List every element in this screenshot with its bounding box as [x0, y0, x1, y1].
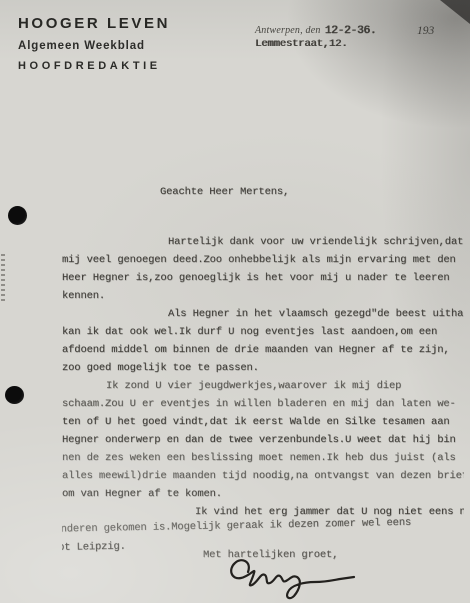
scanned-letter-page: HOOGER LEVEN Algemeen Weekblad HOOFDREDA… — [0, 0, 470, 603]
body-line: alles meewil)drie maanden tijd noodig,na… — [62, 470, 464, 488]
salutation: Geachte Heer Mertens, — [160, 186, 289, 198]
letterhead-subtitle: Algemeen Weekblad — [18, 40, 170, 52]
hole-punch-mark-bottom — [5, 386, 24, 404]
letterhead-department: HOOFDREDAKTIE — [18, 60, 170, 72]
body-line: Hartelijk dank voor uw vriendelijk schri… — [62, 236, 464, 254]
margin-annotation-mark — [1, 254, 5, 304]
body-line: mij veel genoegen deed.Zoo onhebbelijk a… — [62, 254, 464, 272]
body-line: schaam.Zou U er eventjes in willen blade… — [62, 398, 464, 416]
body-line: afdoend middel om binnen de drie maanden… — [62, 344, 464, 362]
typed-date: 12-2-36. — [325, 25, 377, 37]
body-line: zoo goed mogelijk toe te passen. — [62, 362, 464, 380]
body-line: Ik zond U vier jeugdwerkjes,waarover ik … — [62, 380, 464, 398]
body-line: kan ik dat ook wel.Ik durf U nog eventje… — [62, 326, 464, 344]
body-line: ten of U het goed vindt,dat ik eerst Wal… — [62, 416, 464, 434]
scan-corner-shadow — [440, 0, 470, 24]
body-line: kennen. — [62, 290, 464, 308]
page-number: 193 — [417, 25, 434, 37]
letter-body: Hartelijk dank voor uw vriendelijk schri… — [62, 236, 464, 570]
date-line: Antwerpen, den 12-2-36. — [255, 25, 376, 37]
body-line: Als Hegner in het vlaamsch gezegd"de bee… — [62, 308, 464, 326]
handwritten-signature — [218, 556, 358, 600]
hole-punch-mark-top — [8, 206, 27, 225]
body-line: om van Hegner af te komen. — [62, 488, 464, 506]
place-printed: Antwerpen, den — [255, 25, 321, 36]
body-line: Heer Hegner is,zoo genoeglijk is het voo… — [62, 272, 464, 290]
address-line: Lemmestraat,12. — [255, 38, 347, 50]
body-line: nen de zes weken een beslissing moet nem… — [62, 452, 464, 470]
body-line: Hegner onderwerp en dan de twee verzenbu… — [62, 434, 464, 452]
letterhead: HOOGER LEVEN Algemeen Weekblad HOOFDREDA… — [18, 15, 170, 72]
letterhead-title: HOOGER LEVEN — [18, 15, 170, 32]
